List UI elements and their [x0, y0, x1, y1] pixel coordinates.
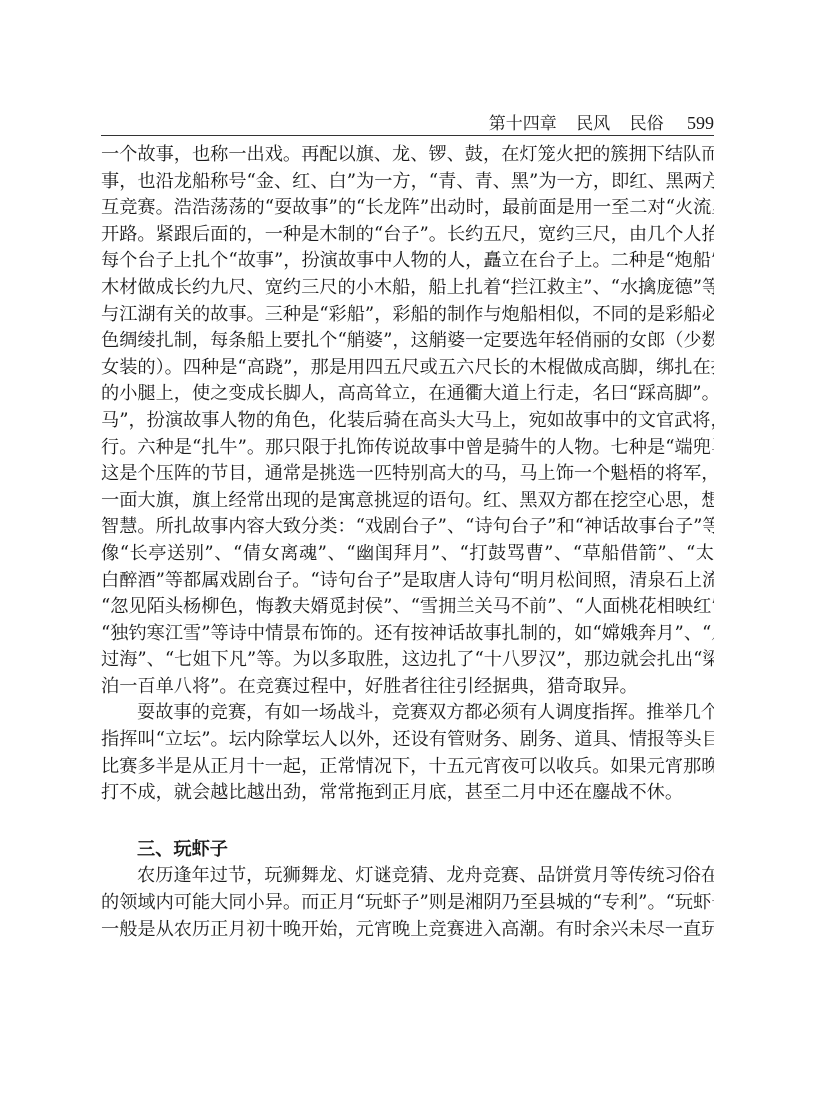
paragraph-2: 耍故事的竞赛，有如一场战斗，竞赛双方都必须有人调度指挥。推举几个头人集中 指挥叫… [101, 700, 714, 806]
book-page: 第十四章 民风 民俗 599 一个故事，也称一出戏。再配以旗、龙、锣、鼓，在灯笼… [0, 0, 816, 1099]
text-line: 开路。紧跟后面的，一种是木制的“台子”。长约五尺，宽约三尺，由几个人抬着走。 [101, 222, 714, 249]
text-line: 这是个压阵的节目，通常是挑选一匹特别高大的马，马上饰一个魁梧的将军，身后竖起 [101, 461, 714, 488]
chapter-title-part1: 民风 [576, 113, 610, 135]
text-line: 色绸绫扎制，每条船上要扎个“艄婆”，这艄婆一定要选年轻俏丽的女郎（少数是男扮 [101, 328, 714, 355]
text-line: 智慧。所扎故事内容大致分类：“戏剧台子”、“诗句台子”和“神话故事台子”等。 [101, 514, 714, 541]
text-line: 的小腿上，使之变成长脚人，高高耸立，在通衢大道上行走，名曰“踩高脚”。五种是“扎 [101, 381, 714, 408]
text-line: 一般是从农历正月初十晚开始，元宵晚上竞赛进入高潮。有时余兴未尽一直玩至二月。 [101, 917, 714, 944]
text-line: 事，也沿龙船称号“金、红、白”为一方，“青、青、黑”为一方，即红、黑两方，相 [101, 169, 714, 196]
text-line: 农历逢年过节，玩狮舞龙、灯谜竞猜、龙舟竞赛、品饼赏月等传统习俗在全国广袤 [101, 863, 714, 890]
text-line: 指挥叫“立坛”。坛内除掌坛人以外，还设有管财务、剧务、道具、情报等头目。大型 [101, 727, 714, 754]
chapter-title-part2: 民俗 [630, 113, 664, 135]
text-line: 过海”、“七姐下凡”等。为以多取胜，这边扎了“十八罗汉”，那边就会扎出“梁山 [101, 647, 714, 674]
text-line: 像“长亭送别”、“倩女离魂”、“幽闺拜月”、“打鼓骂曹”、“草船借箭”、“太 [101, 541, 714, 568]
chapter-label: 第十四章 [489, 113, 557, 135]
text-line: 耍故事的竞赛，有如一场战斗，竞赛双方都必须有人调度指挥。推举几个头人集中 [101, 700, 714, 727]
text-line: 一个故事，也称一出戏。再配以旗、龙、锣、鼓，在灯笼火把的簇拥下结队而行。耍故 [101, 142, 714, 169]
body-text: 一个故事，也称一出戏。再配以旗、龙、锣、鼓，在灯笼火把的簇拥下结队而行。耍故 事… [101, 142, 714, 943]
text-line: 一面大旗，旗上经常出现的是寓意挑逗的语句。红、黑双方都在挖空心思，想点子，比 [101, 488, 714, 515]
paragraph-3: 农历逢年过节，玩狮舞龙、灯谜竞猜、龙舟竞赛、品饼赏月等传统习俗在全国广袤 的领域… [101, 863, 714, 943]
text-line: 的领域内可能大同小异。而正月“玩虾子”则是湘阴乃至县城的“专利”。“玩虾子” [101, 890, 714, 917]
text-line: 马”，扮演故事人物的角色，化装后骑在高头大马上，宛如故事中的文官武将，按辔徐 [101, 408, 714, 435]
section-gap [101, 807, 714, 837]
text-line: 比赛多半是从正月十一起，正常情况下，十五元宵夜可以收兵。如果元宵那晚“和牌” [101, 754, 714, 781]
text-line: 行。六种是“扎牛”。那只限于扎饰传说故事中曾是骑牛的人物。七种是“端兜马”。 [101, 435, 714, 462]
text-line: “忽见陌头杨柳色，悔教夫婿觅封侯”、“雪拥兰关马不前”、“人面桃花相映红”、 [101, 594, 714, 621]
text-line: 泊一百单八将”。在竞赛过程中，好胜者往往引经据典，猎奇取异。 [101, 674, 714, 701]
text-line: “独钓寒江雪”等诗中情景布饰的。还有按神话故事扎制的，如“嫦娥奔月”、“八仙 [101, 621, 714, 648]
text-line: 互竞赛。浩浩荡荡的“耍故事”的“长龙阵”出动时，最前面是用一至二对“火流星” [101, 195, 714, 222]
text-line: 木材做成长约九尺、宽约三尺的小木船，船上扎着“拦江救主”、“水擒庞德”等一类 [101, 275, 714, 302]
text-line: 与江湖有关的故事。三种是“彩船”，彩船的制作与炮船相似，不同的是彩船必须用彩 [101, 302, 714, 329]
page-number: 599 [687, 112, 714, 134]
text-line: 女装的）。四种是“高跷”，那是用四五尺或五六尺长的木棍做成高脚，绑扎在扮演者 [101, 355, 714, 382]
text-line: 每个台子上扎个“故事”，扮演故事中人物的人，矗立在台子上。二种是“炮船”。用 [101, 248, 714, 275]
text-line: 白醉酒”等都属戏剧台子。“诗句台子”是取唐人诗句“明月松间照，清泉石上流”、 [101, 568, 714, 595]
running-head: 第十四章 民风 民俗 599 [101, 112, 714, 134]
header-rule [101, 135, 714, 136]
section-heading: 三、玩虾子 [101, 837, 714, 864]
paragraph-1: 一个故事，也称一出戏。再配以旗、龙、锣、鼓，在灯笼火把的簇拥下结队而行。耍故 事… [101, 142, 714, 700]
text-line: 打不成，就会越比越出劲，常常拖到正月底，甚至二月中还在鏖战不休。 [101, 780, 714, 807]
